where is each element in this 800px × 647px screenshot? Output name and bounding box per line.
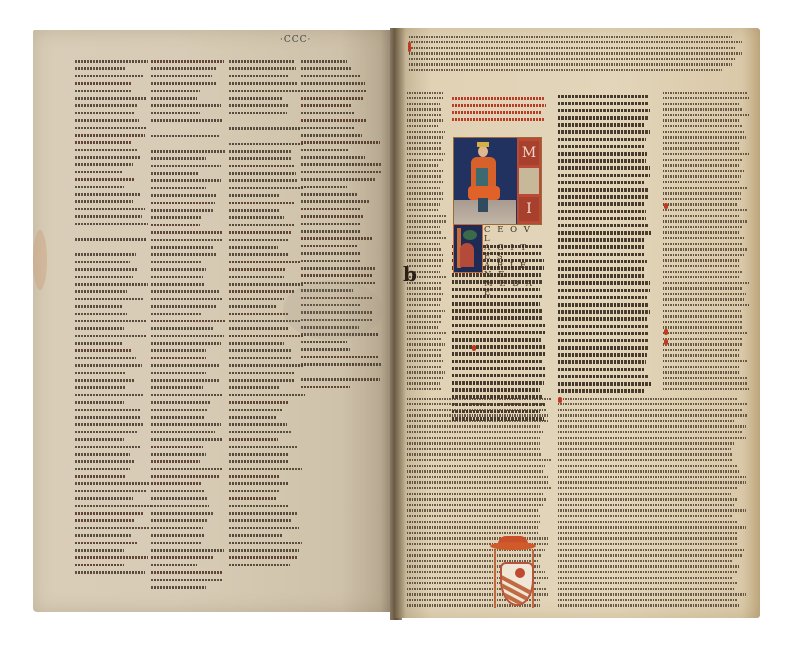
galero-brim bbox=[490, 542, 536, 550]
text-line bbox=[301, 198, 383, 205]
text-line bbox=[229, 488, 307, 495]
text-line bbox=[558, 359, 652, 366]
text-line bbox=[151, 80, 227, 87]
text-line bbox=[229, 540, 307, 547]
text-line bbox=[452, 351, 547, 358]
text-line bbox=[151, 577, 227, 584]
text-line bbox=[75, 429, 153, 436]
text-line bbox=[301, 228, 383, 235]
text-line bbox=[75, 125, 153, 132]
text-line bbox=[151, 584, 227, 591]
text-line bbox=[558, 115, 652, 122]
text-line bbox=[229, 340, 307, 347]
text-line bbox=[301, 154, 383, 161]
main-text-column-2 bbox=[558, 93, 652, 395]
text-line bbox=[229, 355, 307, 362]
text-line bbox=[75, 488, 153, 495]
manuscript-spread: ·CCC· M I C E O V L A G I T E S A R I E … bbox=[0, 0, 800, 647]
text-line bbox=[229, 163, 307, 170]
text-line bbox=[75, 355, 153, 362]
panel-letter-2: I bbox=[519, 197, 539, 221]
text-line bbox=[229, 274, 307, 281]
crown-icon bbox=[477, 142, 489, 147]
miniature-letter-panel: M I bbox=[517, 138, 541, 224]
text-line bbox=[301, 58, 383, 65]
text-line bbox=[151, 192, 227, 199]
left-column-4 bbox=[301, 58, 383, 391]
text-line bbox=[229, 562, 307, 569]
text-line bbox=[75, 532, 153, 539]
text-line bbox=[151, 510, 227, 517]
text-line bbox=[558, 222, 652, 229]
text-line bbox=[75, 370, 153, 377]
text-line bbox=[301, 376, 383, 383]
text-line bbox=[151, 155, 227, 162]
text-line bbox=[151, 569, 227, 576]
folio-number: ·CCC· bbox=[280, 35, 311, 45]
text-line bbox=[75, 147, 153, 154]
text-line bbox=[75, 198, 153, 205]
text-line bbox=[301, 384, 383, 391]
text-line bbox=[151, 229, 227, 236]
text-line bbox=[151, 170, 227, 177]
text-line bbox=[229, 266, 307, 273]
text-line bbox=[558, 186, 652, 193]
text-line bbox=[558, 280, 652, 287]
text-line bbox=[229, 251, 307, 258]
text-line bbox=[229, 110, 307, 117]
text-line bbox=[229, 377, 307, 384]
text-line bbox=[229, 503, 307, 510]
text-line bbox=[558, 337, 652, 344]
text-line bbox=[75, 362, 153, 369]
text-line bbox=[75, 154, 153, 161]
text-line bbox=[75, 444, 153, 451]
text-line bbox=[229, 80, 307, 87]
text-line bbox=[151, 540, 227, 547]
text-line bbox=[558, 100, 652, 107]
text-line bbox=[558, 122, 652, 129]
text-line bbox=[75, 184, 153, 191]
text-line bbox=[301, 132, 383, 139]
text-line bbox=[75, 503, 153, 510]
text-line bbox=[301, 250, 383, 257]
text-line bbox=[229, 347, 307, 354]
panel-blank bbox=[519, 168, 539, 194]
text-line bbox=[75, 191, 153, 198]
leaf-icon bbox=[463, 230, 477, 240]
left-page bbox=[33, 30, 395, 612]
text-line bbox=[301, 354, 383, 361]
gothic-line: C E O V L bbox=[484, 226, 540, 244]
text-line bbox=[75, 436, 153, 443]
text-line bbox=[151, 384, 227, 391]
text-line bbox=[75, 288, 153, 295]
text-line bbox=[151, 237, 227, 244]
text-line bbox=[75, 58, 153, 65]
text-line bbox=[229, 177, 307, 184]
text-line bbox=[229, 170, 307, 177]
text-line bbox=[558, 323, 652, 330]
text-line bbox=[151, 340, 227, 347]
text-line bbox=[151, 110, 227, 117]
section-break bbox=[301, 368, 383, 376]
text-line bbox=[151, 554, 227, 561]
text-line bbox=[75, 251, 153, 258]
head-charge-icon bbox=[515, 568, 525, 578]
text-line bbox=[301, 80, 383, 87]
text-line bbox=[229, 281, 307, 288]
text-line bbox=[558, 266, 652, 273]
right-page bbox=[395, 28, 760, 618]
text-line bbox=[151, 370, 227, 377]
text-line bbox=[452, 308, 547, 315]
text-line bbox=[452, 329, 547, 336]
text-line bbox=[301, 258, 383, 265]
text-line bbox=[75, 95, 153, 102]
text-line bbox=[229, 102, 307, 109]
text-line bbox=[452, 372, 547, 379]
text-line bbox=[301, 102, 383, 109]
text-line bbox=[558, 287, 652, 294]
text-line bbox=[301, 346, 383, 353]
text-line bbox=[558, 345, 652, 352]
text-line bbox=[75, 139, 153, 146]
text-line bbox=[75, 88, 153, 95]
text-line bbox=[75, 377, 153, 384]
text-line bbox=[151, 547, 227, 554]
text-line bbox=[151, 347, 227, 354]
text-line bbox=[558, 244, 652, 251]
text-line bbox=[558, 158, 652, 165]
stain bbox=[283, 280, 383, 340]
text-line bbox=[452, 365, 547, 372]
miniature-head bbox=[478, 146, 488, 157]
text-line bbox=[301, 117, 383, 124]
text-line bbox=[151, 58, 227, 65]
text-line bbox=[229, 237, 307, 244]
text-line bbox=[75, 384, 153, 391]
text-line bbox=[229, 444, 307, 451]
text-line bbox=[229, 421, 307, 428]
text-line bbox=[558, 309, 652, 316]
text-line bbox=[301, 213, 383, 220]
text-line bbox=[151, 451, 227, 458]
text-line bbox=[75, 296, 153, 303]
miniature-legs bbox=[478, 198, 488, 212]
text-line bbox=[558, 273, 652, 280]
text-line bbox=[151, 532, 227, 539]
text-line bbox=[558, 215, 652, 222]
text-line bbox=[452, 109, 550, 116]
text-line bbox=[75, 333, 153, 340]
text-line bbox=[151, 200, 227, 207]
text-line bbox=[229, 370, 307, 377]
text-line bbox=[558, 352, 652, 359]
text-line bbox=[229, 88, 307, 95]
text-line bbox=[75, 414, 153, 421]
text-line bbox=[229, 73, 307, 80]
text-line bbox=[151, 311, 227, 318]
left-gloss bbox=[407, 90, 447, 392]
section-break bbox=[229, 117, 307, 125]
text-line bbox=[558, 381, 652, 388]
text-line bbox=[151, 355, 227, 362]
text-line bbox=[151, 207, 227, 214]
text-line bbox=[229, 436, 307, 443]
text-line bbox=[75, 318, 153, 325]
text-line bbox=[151, 333, 227, 340]
text-line bbox=[301, 139, 383, 146]
text-line bbox=[558, 201, 652, 208]
text-line bbox=[151, 185, 227, 192]
text-line bbox=[151, 102, 227, 109]
text-line bbox=[151, 488, 227, 495]
text-line bbox=[229, 510, 307, 517]
text-line bbox=[75, 347, 153, 354]
text-line bbox=[151, 222, 227, 229]
text-line bbox=[558, 208, 652, 215]
left-column-2 bbox=[151, 58, 227, 591]
text-line bbox=[301, 243, 383, 250]
text-line bbox=[452, 102, 550, 109]
text-line bbox=[229, 554, 307, 561]
text-line bbox=[301, 73, 383, 80]
rubric bbox=[452, 95, 550, 123]
text-line bbox=[558, 603, 750, 609]
text-line bbox=[229, 244, 307, 251]
text-line bbox=[151, 392, 227, 399]
text-line bbox=[229, 414, 307, 421]
coat-of-arms bbox=[488, 536, 544, 616]
text-line bbox=[151, 266, 227, 273]
text-line bbox=[75, 132, 153, 139]
text-line bbox=[229, 229, 307, 236]
text-line bbox=[558, 301, 652, 308]
text-line bbox=[301, 221, 383, 228]
gothic-line: A R I E N E bbox=[484, 262, 540, 280]
text-line bbox=[558, 107, 652, 114]
paragraph-mark-icon bbox=[408, 42, 411, 52]
text-line bbox=[151, 133, 227, 140]
paragraph-mark-icon bbox=[664, 329, 668, 335]
text-line bbox=[151, 421, 227, 428]
text-line bbox=[151, 377, 227, 384]
text-line bbox=[151, 362, 227, 369]
text-line bbox=[301, 147, 383, 154]
text-line bbox=[75, 281, 153, 288]
text-line bbox=[558, 194, 652, 201]
text-line bbox=[558, 172, 652, 179]
paragraph-mark-icon bbox=[558, 397, 562, 403]
text-line bbox=[301, 272, 383, 279]
text-line bbox=[452, 322, 547, 329]
text-line bbox=[301, 361, 383, 368]
text-line bbox=[229, 525, 307, 532]
text-line bbox=[229, 155, 307, 162]
text-line bbox=[558, 151, 652, 158]
paragraph-mark-icon bbox=[472, 345, 476, 351]
text-line bbox=[151, 274, 227, 281]
paragraph-mark-icon bbox=[664, 203, 668, 209]
text-line bbox=[75, 80, 153, 87]
text-line bbox=[151, 65, 227, 72]
text-line bbox=[151, 480, 227, 487]
text-line bbox=[301, 184, 383, 191]
text-line bbox=[75, 525, 153, 532]
text-line bbox=[151, 495, 227, 502]
text-line bbox=[151, 73, 227, 80]
text-line bbox=[229, 185, 307, 192]
text-line bbox=[151, 429, 227, 436]
text-line bbox=[452, 344, 547, 351]
text-line bbox=[151, 288, 227, 295]
text-line bbox=[301, 169, 383, 176]
text-line bbox=[452, 387, 547, 394]
text-line bbox=[558, 136, 652, 143]
section-break bbox=[151, 125, 227, 133]
text-line bbox=[229, 399, 307, 406]
text-line bbox=[229, 148, 307, 155]
bottom-gloss-right bbox=[558, 396, 750, 609]
text-line bbox=[151, 244, 227, 251]
text-line bbox=[558, 251, 652, 258]
paragraph-mark-icon bbox=[664, 339, 668, 345]
text-line bbox=[75, 117, 153, 124]
text-line bbox=[229, 517, 307, 524]
text-line bbox=[75, 206, 153, 213]
text-line bbox=[151, 259, 227, 266]
text-line bbox=[301, 176, 383, 183]
text-line bbox=[75, 303, 153, 310]
text-line bbox=[75, 451, 153, 458]
text-line bbox=[301, 95, 383, 102]
text-line bbox=[558, 230, 652, 237]
text-line bbox=[229, 547, 307, 554]
text-line bbox=[301, 191, 383, 198]
hat-cord bbox=[494, 550, 496, 608]
text-line bbox=[229, 458, 307, 465]
text-line bbox=[151, 318, 227, 325]
text-line bbox=[75, 169, 153, 176]
text-line bbox=[407, 386, 447, 392]
text-line bbox=[75, 466, 153, 473]
text-line bbox=[75, 392, 153, 399]
text-line bbox=[229, 141, 307, 148]
text-line bbox=[151, 414, 227, 421]
text-line bbox=[151, 251, 227, 258]
text-line bbox=[75, 176, 153, 183]
text-line bbox=[301, 206, 383, 213]
text-line bbox=[558, 165, 652, 172]
text-line bbox=[75, 547, 153, 554]
text-line bbox=[75, 325, 153, 332]
text-line bbox=[151, 562, 227, 569]
text-line bbox=[151, 88, 227, 95]
text-line bbox=[75, 73, 153, 80]
text-line bbox=[75, 554, 153, 561]
text-line bbox=[151, 436, 227, 443]
text-line bbox=[151, 296, 227, 303]
gothic-line: M E D A E bbox=[484, 280, 540, 298]
text-line bbox=[75, 473, 153, 480]
text-line bbox=[452, 336, 547, 343]
text-line bbox=[151, 517, 227, 524]
shield-icon bbox=[500, 562, 534, 606]
text-line bbox=[75, 340, 153, 347]
text-line bbox=[558, 330, 652, 337]
text-line bbox=[452, 315, 547, 322]
text-line bbox=[229, 95, 307, 102]
text-line bbox=[75, 517, 153, 524]
text-line bbox=[558, 366, 652, 373]
text-line bbox=[75, 65, 153, 72]
text-line bbox=[301, 235, 383, 242]
text-line bbox=[558, 294, 652, 301]
text-line bbox=[558, 179, 652, 186]
text-line bbox=[151, 473, 227, 480]
text-line bbox=[151, 503, 227, 510]
text-line bbox=[452, 301, 547, 308]
text-line bbox=[558, 143, 652, 150]
text-line bbox=[151, 325, 227, 332]
text-line bbox=[151, 525, 227, 532]
text-line bbox=[229, 495, 307, 502]
text-line bbox=[151, 163, 227, 170]
text-line bbox=[75, 259, 153, 266]
text-line bbox=[229, 192, 307, 199]
text-line bbox=[558, 388, 652, 395]
text-line bbox=[75, 510, 153, 517]
text-line bbox=[75, 399, 153, 406]
text-line bbox=[229, 333, 307, 340]
text-line bbox=[151, 444, 227, 451]
section-break bbox=[151, 140, 227, 148]
text-line bbox=[452, 380, 547, 387]
text-line bbox=[75, 274, 153, 281]
gothic-display-text: C E O V L A G I T E S A R I E N E M E D … bbox=[484, 226, 540, 298]
text-line bbox=[75, 221, 153, 228]
text-line bbox=[229, 58, 307, 65]
marginal-letter: b bbox=[403, 262, 417, 286]
text-line bbox=[301, 161, 383, 168]
text-line bbox=[75, 480, 153, 487]
right-gloss bbox=[663, 90, 751, 392]
text-line bbox=[75, 161, 153, 168]
text-line bbox=[75, 540, 153, 547]
text-line bbox=[229, 473, 307, 480]
text-line bbox=[151, 177, 227, 184]
top-gloss bbox=[409, 34, 749, 73]
text-line bbox=[452, 116, 550, 123]
text-line bbox=[229, 384, 307, 391]
text-line bbox=[301, 110, 383, 117]
text-line bbox=[229, 392, 307, 399]
text-line bbox=[151, 281, 227, 288]
text-line bbox=[151, 458, 227, 465]
text-line bbox=[663, 386, 751, 392]
king-miniature: M I bbox=[453, 137, 542, 225]
text-line bbox=[229, 207, 307, 214]
initial-arch bbox=[460, 243, 474, 267]
text-line bbox=[301, 265, 383, 272]
text-line bbox=[75, 421, 153, 428]
text-line bbox=[229, 200, 307, 207]
section-break bbox=[75, 243, 153, 251]
section-break bbox=[75, 228, 153, 236]
text-line bbox=[301, 339, 383, 346]
text-line bbox=[301, 88, 383, 95]
